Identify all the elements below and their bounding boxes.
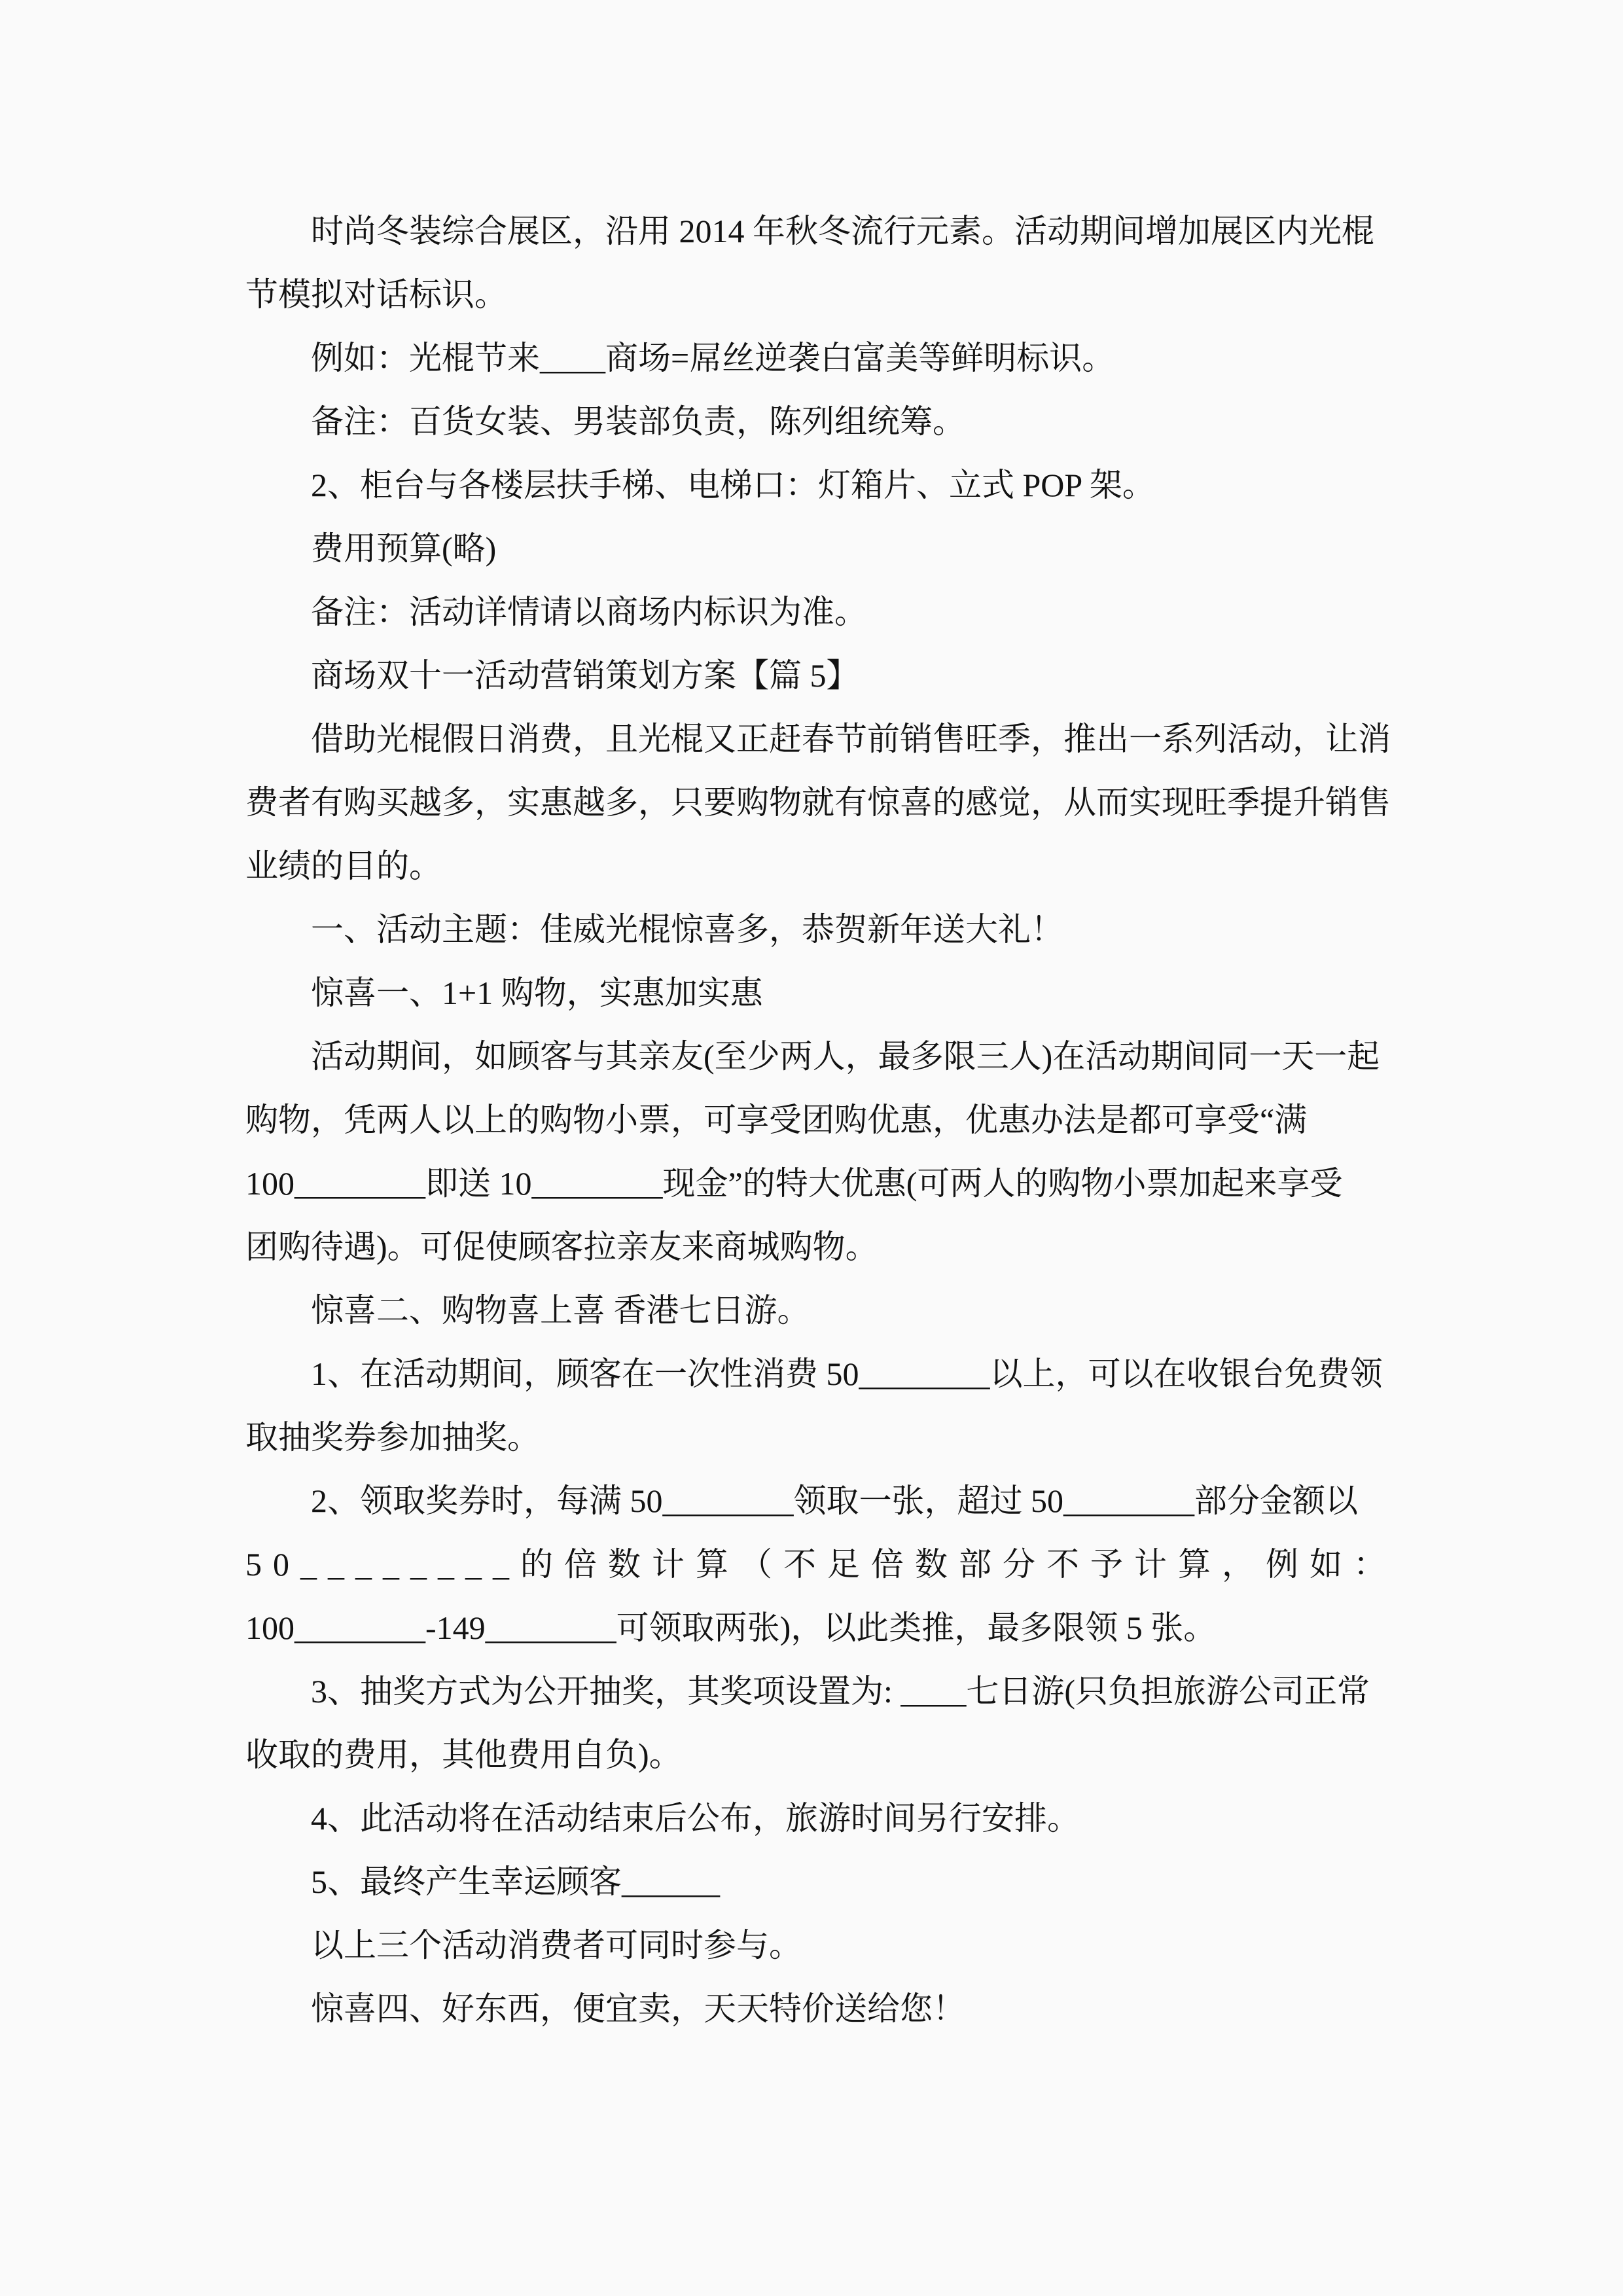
- doc-line: 2、柜台与各楼层扶手梯、电梯口：灯箱片、立式 POP 架。: [245, 454, 1407, 517]
- doc-line: 惊喜二、购物喜上喜 香港七日游。: [245, 1279, 1407, 1342]
- doc-line: 时尚冬装综合展区，沿用 2014 年秋冬流行元素。活动期间增加展区内光棍: [245, 200, 1407, 263]
- doc-line: 100________即送 10________现金”的特大优惠(可两人的购物小…: [245, 1152, 1407, 1215]
- doc-line: 活动期间，如顾客与其亲友(至少两人，最多限三人)在活动期间同一天一起: [245, 1025, 1407, 1088]
- document-page: 时尚冬装综合展区，沿用 2014 年秋冬流行元素。活动期间增加展区内光棍 节模拟…: [0, 0, 1623, 2296]
- doc-line: 备注：百货女装、男装部负责，陈列组统筹。: [245, 390, 1407, 454]
- doc-line: 例如：光棍节来____商场=屌丝逆袭白富美等鲜明标识。: [245, 327, 1407, 390]
- doc-line: 一、活动主题：佳威光棍惊喜多，恭贺新年送大礼！: [245, 898, 1407, 961]
- doc-line: 5、最终产生幸运顾客______: [245, 1850, 1407, 1914]
- doc-line: 1、在活动期间，顾客在一次性消费 50________以上，可以在收银台免费领: [245, 1342, 1407, 1406]
- doc-line: 以上三个活动消费者可同时参与。: [245, 1914, 1407, 1977]
- doc-line: 2、领取奖券时，每满 50________领取一张，超过 50________部…: [245, 1469, 1407, 1533]
- doc-line: 购物，凭两人以上的购物小票，可享受团购优惠，优惠办法是都可享受“满: [245, 1088, 1407, 1152]
- doc-line: 100________-149________可领取两张)，以此类推，最多限领 …: [245, 1596, 1407, 1660]
- doc-line: 费者有购买越多，实惠越多，只要购物就有惊喜的感觉，从而实现旺季提升销售: [245, 771, 1407, 834]
- doc-line: 取抽奖券参加抽奖。: [245, 1406, 1407, 1469]
- doc-title-line: 商场双十一活动营销策划方案【篇 5】: [245, 644, 1407, 708]
- doc-line: 惊喜一、1+1 购物，实惠加实惠: [245, 961, 1407, 1025]
- doc-line: 节模拟对话标识。: [245, 263, 1407, 327]
- doc-line: 团购待遇)。可促使顾客拉亲友来商城购物。: [245, 1215, 1407, 1279]
- doc-line: 收取的费用，其他费用自负)。: [245, 1723, 1407, 1787]
- doc-line: 惊喜四、好东西，便宜卖，天天特价送给您！: [245, 1977, 1407, 2041]
- doc-line: 备注：活动详情请以商场内标识为准。: [245, 581, 1407, 644]
- doc-line: 费用预算(略): [245, 517, 1407, 581]
- doc-line: 4、此活动将在活动结束后公布，旅游时间另行安排。: [245, 1787, 1407, 1850]
- doc-line: 3、抽奖方式为公开抽奖，其奖项设置为: ____七日游(只负担旅游公司正常: [245, 1660, 1407, 1723]
- doc-line: 50________的倍数计算（不足倍数部分不予计算，例如：: [245, 1533, 1407, 1596]
- doc-line: 借助光棍假日消费，且光棍又正赶春节前销售旺季，推出一系列活动，让消: [245, 708, 1407, 771]
- doc-line: 业绩的目的。: [245, 834, 1407, 898]
